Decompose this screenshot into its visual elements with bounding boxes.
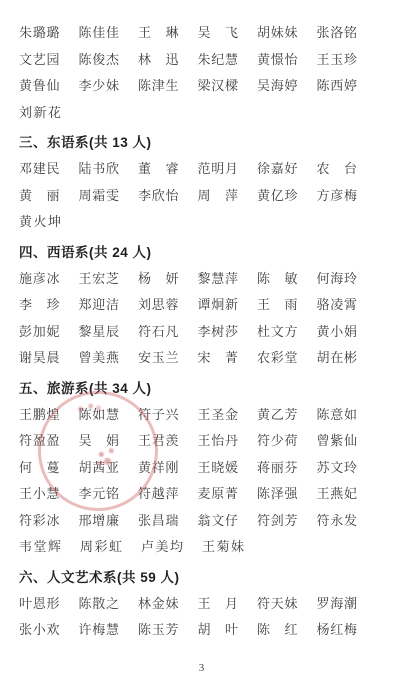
name-cell: 胡叶	[198, 623, 239, 637]
name-cell: 黄亿珍	[257, 189, 298, 203]
name-cell: 周萍	[198, 189, 239, 203]
name-cell: 周霜雯	[79, 189, 120, 203]
name-row: 彭加妮黎星辰符石凡李树莎杜文方黄小娟	[19, 319, 376, 346]
name-cell: 符永发	[317, 514, 358, 528]
name-row: 刘新花	[19, 100, 376, 127]
name-cell: 李少妹	[79, 79, 120, 93]
name-cell: 方彦梅	[317, 189, 358, 203]
name-cell: 何海玲	[317, 272, 358, 286]
name-cell: 符子兴	[138, 408, 179, 422]
name-cell: 黄鲁仙	[19, 79, 60, 93]
name-cell: 李珍	[19, 298, 60, 312]
name-row: 何蔓胡茜亚黄祥刚王晓媛蒋丽芬苏文玲	[19, 455, 376, 482]
name-cell: 王怡丹	[198, 434, 239, 448]
name-cell: 朱璐璐	[19, 26, 60, 40]
section: 四、西语系(共 24 人)施彦冰王宏芝杨妍黎慧萍陈敏何海玲李珍郑迎洁刘思蓉谭炯新…	[19, 242, 376, 372]
name-cell: 符彩冰	[19, 514, 60, 528]
name-cell: 周彩虹	[80, 540, 122, 554]
name-cell: 卢美均	[141, 540, 183, 554]
name-cell: 谢昊晨	[19, 351, 60, 365]
name-cell: 麦原菁	[198, 487, 239, 501]
name-row: 王小慧李元铭符越萍麦原菁陈泽强王燕妃	[19, 481, 376, 508]
name-cell: 朱纪慧	[198, 53, 239, 67]
name-row: 韦堂辉周彩虹卢美均王菊妹	[19, 534, 376, 561]
name-row: 朱璐璐陈佳佳王琳吴飞胡妹妹张洛铭	[19, 20, 376, 47]
name-cell: 符盈盈	[19, 434, 60, 448]
name-cell: 陈红	[257, 623, 298, 637]
name-cell: 李欣怡	[138, 189, 179, 203]
name-cell: 符越萍	[138, 487, 179, 501]
name-cell: 农彩堂	[257, 351, 298, 365]
name-cell: 文艺园	[19, 53, 60, 67]
section: 六、人文艺术系(共 59 人)叶恩形陈散之林金妹王月符天妹罗海潮张小欢许梅慧陈玉…	[19, 567, 376, 644]
name-cell: 胡在彬	[317, 351, 358, 365]
name-cell: 安玉兰	[138, 351, 179, 365]
name-cell: 董睿	[138, 162, 179, 176]
name-cell: 王晓媛	[198, 461, 239, 475]
page-number: 3	[0, 662, 403, 674]
section-heading: 五、旅游系(共 34 人)	[19, 378, 376, 399]
section: 五、旅游系(共 34 人)王鹏煌陈如慧符子兴王圣金黄乙芳陈意如符盈盈吴娟王君羡王…	[19, 378, 376, 561]
name-cell: 符天妹	[257, 597, 298, 611]
name-cell: 施彦冰	[19, 272, 60, 286]
name-cell: 李树莎	[198, 325, 239, 339]
name-cell: 翁文仔	[198, 514, 239, 528]
name-row: 王鹏煌陈如慧符子兴王圣金黄乙芳陈意如	[19, 402, 376, 429]
name-row: 文艺园陈俊杰林迅朱纪慧黄憬怡王玉珍	[19, 47, 376, 74]
name-cell: 胡茜亚	[79, 461, 120, 475]
section: 三、东语系(共 13 人)邓建民陆书欣董睿范明月徐嘉好农台黄丽周霜雯李欣怡周萍黄…	[19, 132, 376, 236]
name-cell: 邓建民	[19, 162, 60, 176]
name-cell: 曾美燕	[79, 351, 120, 365]
name-cell: 罗海潮	[317, 597, 358, 611]
name-cell: 徐嘉好	[257, 162, 298, 176]
name-cell: 王宏芝	[79, 272, 120, 286]
name-row: 黄丽周霜雯李欣怡周萍黄亿珍方彦梅	[19, 183, 376, 210]
name-cell: 杨红梅	[317, 623, 358, 637]
name-cell: 张小欢	[19, 623, 60, 637]
name-cell: 陈玉芳	[138, 623, 179, 637]
name-cell: 苏文玲	[317, 461, 358, 475]
name-cell: 王月	[198, 597, 239, 611]
name-list: 朱璐璐陈佳佳王琳吴飞胡妹妹张洛铭文艺园陈俊杰林迅朱纪慧黄憬怡王玉珍黄鲁仙李少妹陈…	[19, 20, 376, 644]
name-cell: 林金妹	[138, 597, 179, 611]
name-cell: 宋菁	[198, 351, 239, 365]
name-cell: 范明月	[198, 162, 239, 176]
name-cell: 王鹏煌	[19, 408, 60, 422]
name-cell: 王圣金	[198, 408, 239, 422]
name-row: 符彩冰邢增廉张昌瑞翁文仔符剑芳符永发	[19, 508, 376, 535]
name-cell: 陈散之	[79, 597, 120, 611]
name-row: 李珍郑迎洁刘思蓉谭炯新王雨骆凌霄	[19, 292, 376, 319]
name-cell: 陈西婷	[317, 79, 358, 93]
name-cell: 黄祥刚	[138, 461, 179, 475]
name-cell: 王菊妹	[202, 540, 244, 554]
document-page: 朱璐璐陈佳佳王琳吴飞胡妹妹张洛铭文艺园陈俊杰林迅朱纪慧黄憬怡王玉珍黄鲁仙李少妹陈…	[0, 0, 403, 697]
name-cell: 张洛铭	[317, 26, 358, 40]
name-cell: 何蔓	[19, 461, 60, 475]
name-cell: 邢增廉	[79, 514, 120, 528]
name-cell: 蒋丽芬	[257, 461, 298, 475]
name-cell: 李元铭	[79, 487, 120, 501]
name-cell: 杜文方	[257, 325, 298, 339]
name-cell: 黄憬怡	[257, 53, 298, 67]
name-cell: 陆书欣	[79, 162, 120, 176]
section-heading: 三、东语系(共 13 人)	[19, 132, 376, 153]
name-row: 黄火坤	[19, 209, 376, 236]
name-cell: 黄乙芳	[257, 408, 298, 422]
name-cell: 农台	[317, 162, 358, 176]
name-row: 叶恩形陈散之林金妹王月符天妹罗海潮	[19, 591, 376, 618]
name-cell: 林迅	[138, 53, 179, 67]
name-cell: 杨妍	[138, 272, 179, 286]
name-row: 邓建民陆书欣董睿范明月徐嘉好农台	[19, 156, 376, 183]
name-cell: 符石凡	[138, 325, 179, 339]
section: 朱璐璐陈佳佳王琳吴飞胡妹妹张洛铭文艺园陈俊杰林迅朱纪慧黄憬怡王玉珍黄鲁仙李少妹陈…	[19, 20, 376, 126]
name-cell: 吴飞	[198, 26, 239, 40]
name-cell: 陈泽强	[257, 487, 298, 501]
name-cell: 黎慧萍	[198, 272, 239, 286]
section-heading: 四、西语系(共 24 人)	[19, 242, 376, 263]
name-cell: 韦堂辉	[19, 540, 61, 554]
name-cell: 张昌瑞	[138, 514, 179, 528]
name-row: 黄鲁仙李少妹陈津生梁汉樑吴海婷陈西婷	[19, 73, 376, 100]
name-cell: 王玉珍	[317, 53, 358, 67]
name-cell: 符剑芳	[257, 514, 298, 528]
name-cell: 骆凌霄	[317, 298, 358, 312]
name-cell: 王君羡	[138, 434, 179, 448]
name-cell: 梁汉樑	[198, 79, 239, 93]
name-cell: 王燕妃	[317, 487, 358, 501]
name-cell: 彭加妮	[19, 325, 60, 339]
name-cell: 吴娟	[79, 434, 120, 448]
name-cell: 谭炯新	[198, 298, 239, 312]
name-cell: 黄火坤	[19, 215, 61, 229]
name-cell: 黄小娟	[317, 325, 358, 339]
name-cell: 陈敏	[257, 272, 298, 286]
name-cell: 王琳	[138, 26, 179, 40]
name-cell: 王雨	[257, 298, 298, 312]
name-cell: 符少荷	[257, 434, 298, 448]
name-cell: 陈佳佳	[79, 26, 120, 40]
name-cell: 黎星辰	[79, 325, 120, 339]
name-cell: 陈如慧	[79, 408, 120, 422]
name-cell: 刘新花	[19, 106, 61, 120]
name-cell: 刘思蓉	[138, 298, 179, 312]
name-row: 张小欢许梅慧陈玉芳胡叶陈红杨红梅	[19, 617, 376, 644]
name-cell: 陈俊杰	[79, 53, 120, 67]
name-cell: 曾紫仙	[317, 434, 358, 448]
name-cell: 王小慧	[19, 487, 60, 501]
name-row: 谢昊晨曾美燕安玉兰宋菁农彩堂胡在彬	[19, 345, 376, 372]
name-row: 符盈盈吴娟王君羡王怡丹符少荷曾紫仙	[19, 428, 376, 455]
name-cell: 陈津生	[138, 79, 179, 93]
name-row: 施彦冰王宏芝杨妍黎慧萍陈敏何海玲	[19, 266, 376, 293]
name-cell: 郑迎洁	[79, 298, 120, 312]
name-cell: 黄丽	[19, 189, 60, 203]
name-cell: 陈意如	[317, 408, 358, 422]
name-cell: 叶恩形	[19, 597, 60, 611]
name-cell: 胡妹妹	[257, 26, 298, 40]
name-cell: 吴海婷	[257, 79, 298, 93]
section-heading: 六、人文艺术系(共 59 人)	[19, 567, 376, 588]
name-cell: 许梅慧	[79, 623, 120, 637]
